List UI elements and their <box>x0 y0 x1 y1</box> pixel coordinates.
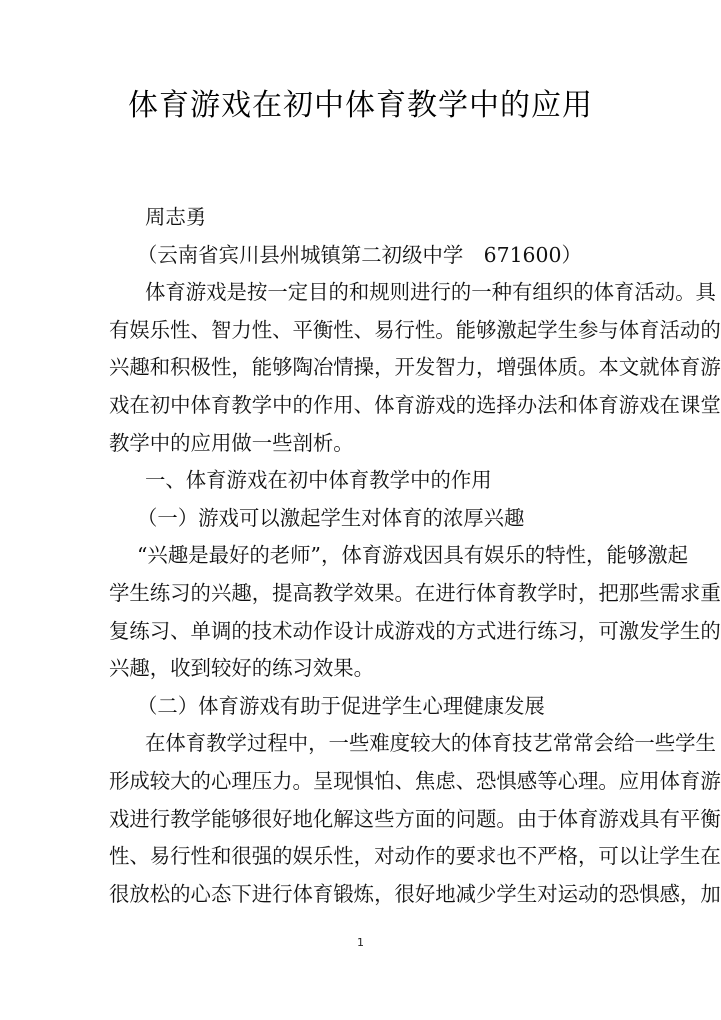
text-line: 兴趣和积极性，能够陶冶情操，开发智力，增强体质。本文就体育游 <box>109 349 613 387</box>
text-line: （二）体育游戏有助于促进学生心理健康发展 <box>109 688 613 726</box>
author-affiliation: （云南省宾川县州城镇第二初级中学 671600） <box>109 237 613 275</box>
text-line: 在体育教学过程中，一些难度较大的体育技艺常常会给一些学生 <box>109 725 613 763</box>
text-line: 教学中的应用做一些剖析。 <box>109 425 613 463</box>
page-number: 1 <box>0 936 721 949</box>
document-page: 体育游戏在初中体育教学中的应用 周志勇 （云南省宾川县州城镇第二初级中学 671… <box>0 0 721 1020</box>
text-line: 性、易行性和很强的娱乐性，对动作的要求也不严格，可以让学生在 <box>109 838 613 876</box>
body-text: 体育游戏是按一定目的和规则进行的一种有组织的体育活动。具有娱乐性、智力性、平衡性… <box>109 274 613 913</box>
text-line: 学生练习的兴趣，提高教学效果。在进行体育教学时，把那些需求重 <box>109 575 613 613</box>
text-line: 兴趣，收到较好的练习效果。 <box>109 650 613 688</box>
text-line: 戏进行教学能够很好地化解这些方面的问题。由于体育游戏具有平衡 <box>109 801 613 839</box>
text-line: （一）游戏可以激起学生对体育的浓厚兴趣 <box>109 500 613 538</box>
text-line: 体育游戏是按一定目的和规则进行的一种有组织的体育活动。具 <box>109 274 613 312</box>
text-line: 戏在初中体育教学中的作用、体育游戏的选择办法和体育游戏在课堂 <box>109 387 613 425</box>
text-line: 复练习、单调的技术动作设计成游戏的方式进行练习，可激发学生的 <box>109 613 613 651</box>
text-line: 有娱乐性、智力性、平衡性、易行性。能够激起学生参与体育活动的 <box>109 312 613 350</box>
text-line: 一、体育游戏在初中体育教学中的作用 <box>109 462 613 500</box>
document-body: 周志勇 （云南省宾川县州城镇第二初级中学 671600） 体育游戏是按一定目的和… <box>109 199 613 913</box>
text-line: 形成较大的心理压力。呈现惧怕、焦虑、恐惧感等心理。应用体育游 <box>109 763 613 801</box>
text-line: 很放松的心态下进行体育锻炼，很好地减少学生对运动的恐惧感，加 <box>109 876 613 914</box>
author-name: 周志勇 <box>109 199 613 237</box>
text-line: “兴趣是最好的老师”，体育游戏因具有娱乐的特性，能够激起 <box>109 537 613 575</box>
document-title: 体育游戏在初中体育教学中的应用 <box>0 84 721 128</box>
